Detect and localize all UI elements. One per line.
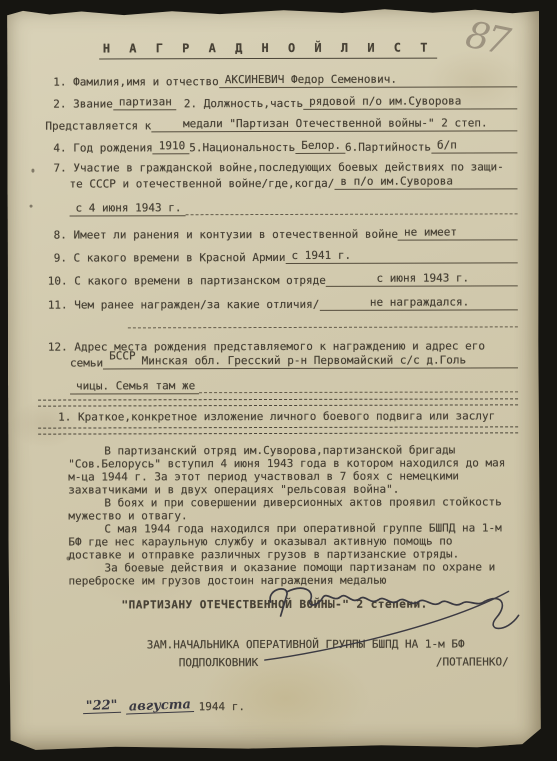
field-birth-nationality-party: 4. Год рождения 1910 5.Национальность Бе…: [53, 138, 517, 154]
field-nationality-value: Белор.: [295, 139, 345, 154]
field-position-label: 2. Должность,часть: [176, 97, 303, 110]
field-wounds-label: 8. Имеет ли ранения и контузии в отечест…: [54, 228, 398, 242]
document-page: 87 Н А Г Р А Д Н О Й Л И С Т 1. Фамилия,…: [7, 7, 541, 750]
field-red-army-label: 9. С какого времени в Красной Армии: [54, 251, 286, 265]
date-line: "22" августа 1944 г.: [83, 698, 521, 713]
field-address-value2: чицы. Семья там же: [70, 379, 199, 394]
field-position-value: рядовой п/о им.Суворова: [303, 94, 517, 110]
citation-paragraph: В боях и при совершении диверсионных акт…: [68, 495, 510, 522]
scan-background: 87 Н А Г Р А Д Н О Й Л И С Т 1. Фамилия,…: [0, 0, 557, 761]
signature-rank: ПОДПОЛКОВНИК: [179, 656, 259, 669]
document-title: Н А Г Р А Д Н О Й Л И С Т: [99, 42, 438, 60]
field-red-army-value: с 1941 г.: [285, 248, 517, 264]
typed-rule: [199, 381, 518, 393]
field-participation-label2: те СССР и отечественной войне/где,когда/: [69, 177, 334, 191]
section-heading: 1. Краткое,конкретное изложение личного …: [58, 409, 520, 423]
typed-rule: [128, 316, 518, 328]
field-presented: Представляется к медали "Партизан Отечес…: [45, 116, 517, 132]
field-participation-value2: с 4 июня 1943 г.: [70, 201, 186, 216]
typed-equals-divider: [38, 398, 518, 406]
field-name-value: АКСИНЕВИЧ Федор Семенович.: [219, 72, 517, 88]
field-birth-value: 1910: [153, 139, 190, 154]
field-birth-label: 4. Год рождения: [53, 141, 152, 154]
medal-line: "ПАРТИЗАНУ ОТЕЧЕСТВЕННОЙ ВОЙНЫ-" 2 степе…: [69, 597, 481, 611]
field-rank-position: 2. Звание партизан 2. Должность,часть ря…: [53, 94, 517, 110]
date-year-typed: 1944 г.: [199, 700, 245, 713]
field-red-army: 9. С какого времени в Красной Армии с 19…: [54, 248, 518, 264]
field-partisan-since: 10. С какого времени в партизанском отря…: [48, 271, 518, 287]
signature-name: /ПОТАПЕНКО/: [436, 655, 509, 668]
field-address-label2: семьи: [70, 356, 103, 369]
field-nationality-label: 5.Национальность: [189, 141, 295, 154]
field-party-value: б/п: [431, 138, 517, 153]
field-address-line3: чицы. Семья там же: [70, 378, 518, 394]
typed-equals-divider: [38, 426, 518, 434]
field-address-line2: семьи БССРМинская обл. Гресский р-н Перв…: [70, 353, 518, 369]
signature-title-line: ЗАМ.НАЧАЛЬНИКА ОПЕРАТИВНОЙ ГРУППЫ БШПД Н…: [147, 637, 521, 651]
field-partisan-since-value: с июня 1943 г.: [326, 271, 518, 287]
field-rank-value: партизан: [113, 95, 176, 110]
field-wounds-value: не имеет: [398, 225, 518, 240]
field-party-label: 6.Партийность: [345, 141, 431, 154]
field-participation-line2: те СССР и отечественной войне/где,когда/…: [69, 174, 517, 190]
document-content: Н А Г Р А Д Н О Й Л И С Т 1. Фамилия,имя…: [7, 7, 541, 750]
citation-paragraph: С мая 1944 года находился при оперативно…: [68, 521, 510, 561]
date-month-handwritten: августа: [125, 698, 194, 715]
field-address-prefix: БССР: [109, 349, 142, 362]
field-participation-line1: 7. Участие в гражданской войне,последующ…: [53, 160, 517, 174]
field-presented-label: Представляется к: [45, 119, 151, 132]
empty-continuation-line: [128, 316, 518, 329]
typed-rule: [186, 203, 518, 215]
field-partisan-since-label: 10. С какого времени в партизанском отря…: [48, 274, 326, 288]
citation-paragraph: В партизанский отряд им.Суворова,партиза…: [68, 443, 510, 496]
field-address-value1: БССРМинская обл. Гресский р-н Первомайск…: [103, 353, 518, 369]
field-presented-value: медали "Партизан Отечественной войны-" 2…: [151, 116, 517, 132]
date-day-handwritten: "22": [83, 699, 121, 714]
field-address-value1-text: Минская обл. Гресский р-н Первомайский с…: [142, 353, 467, 367]
field-previous-awards-value: не награждался.: [319, 295, 518, 311]
title-wrap: Н А Г Р А Д Н О Й Л И С Т: [37, 41, 499, 59]
field-participation-line3: с 4 июня 1943 г.: [70, 200, 518, 216]
signature-row: ПОДПОЛКОВНИК /ПОТАПЕНКО/: [179, 655, 509, 669]
citation-block: В партизанский отряд им.Суворова,партиза…: [68, 443, 510, 611]
field-previous-awards-label: 11. Чем ранее награжден/за какие отличия…: [48, 298, 320, 312]
field-name-label: 1. Фамилия,имя и отчество: [53, 75, 219, 88]
field-previous-awards: 11. Чем ранее награжден/за какие отличия…: [48, 295, 518, 311]
citation-paragraph: За боевые действия и оказание помощи пар…: [68, 560, 510, 587]
field-rank-label: 2. Звание: [53, 97, 113, 110]
field-wounds: 8. Имеет ли ранения и контузии в отечест…: [54, 225, 518, 241]
field-participation-label1: 7. Участие в гражданской войне,последующ…: [53, 160, 503, 174]
field-participation-value: в п/о им.Суворова: [334, 174, 517, 189]
field-name: 1. Фамилия,имя и отчество АКСИНЕВИЧ Федо…: [53, 72, 517, 88]
